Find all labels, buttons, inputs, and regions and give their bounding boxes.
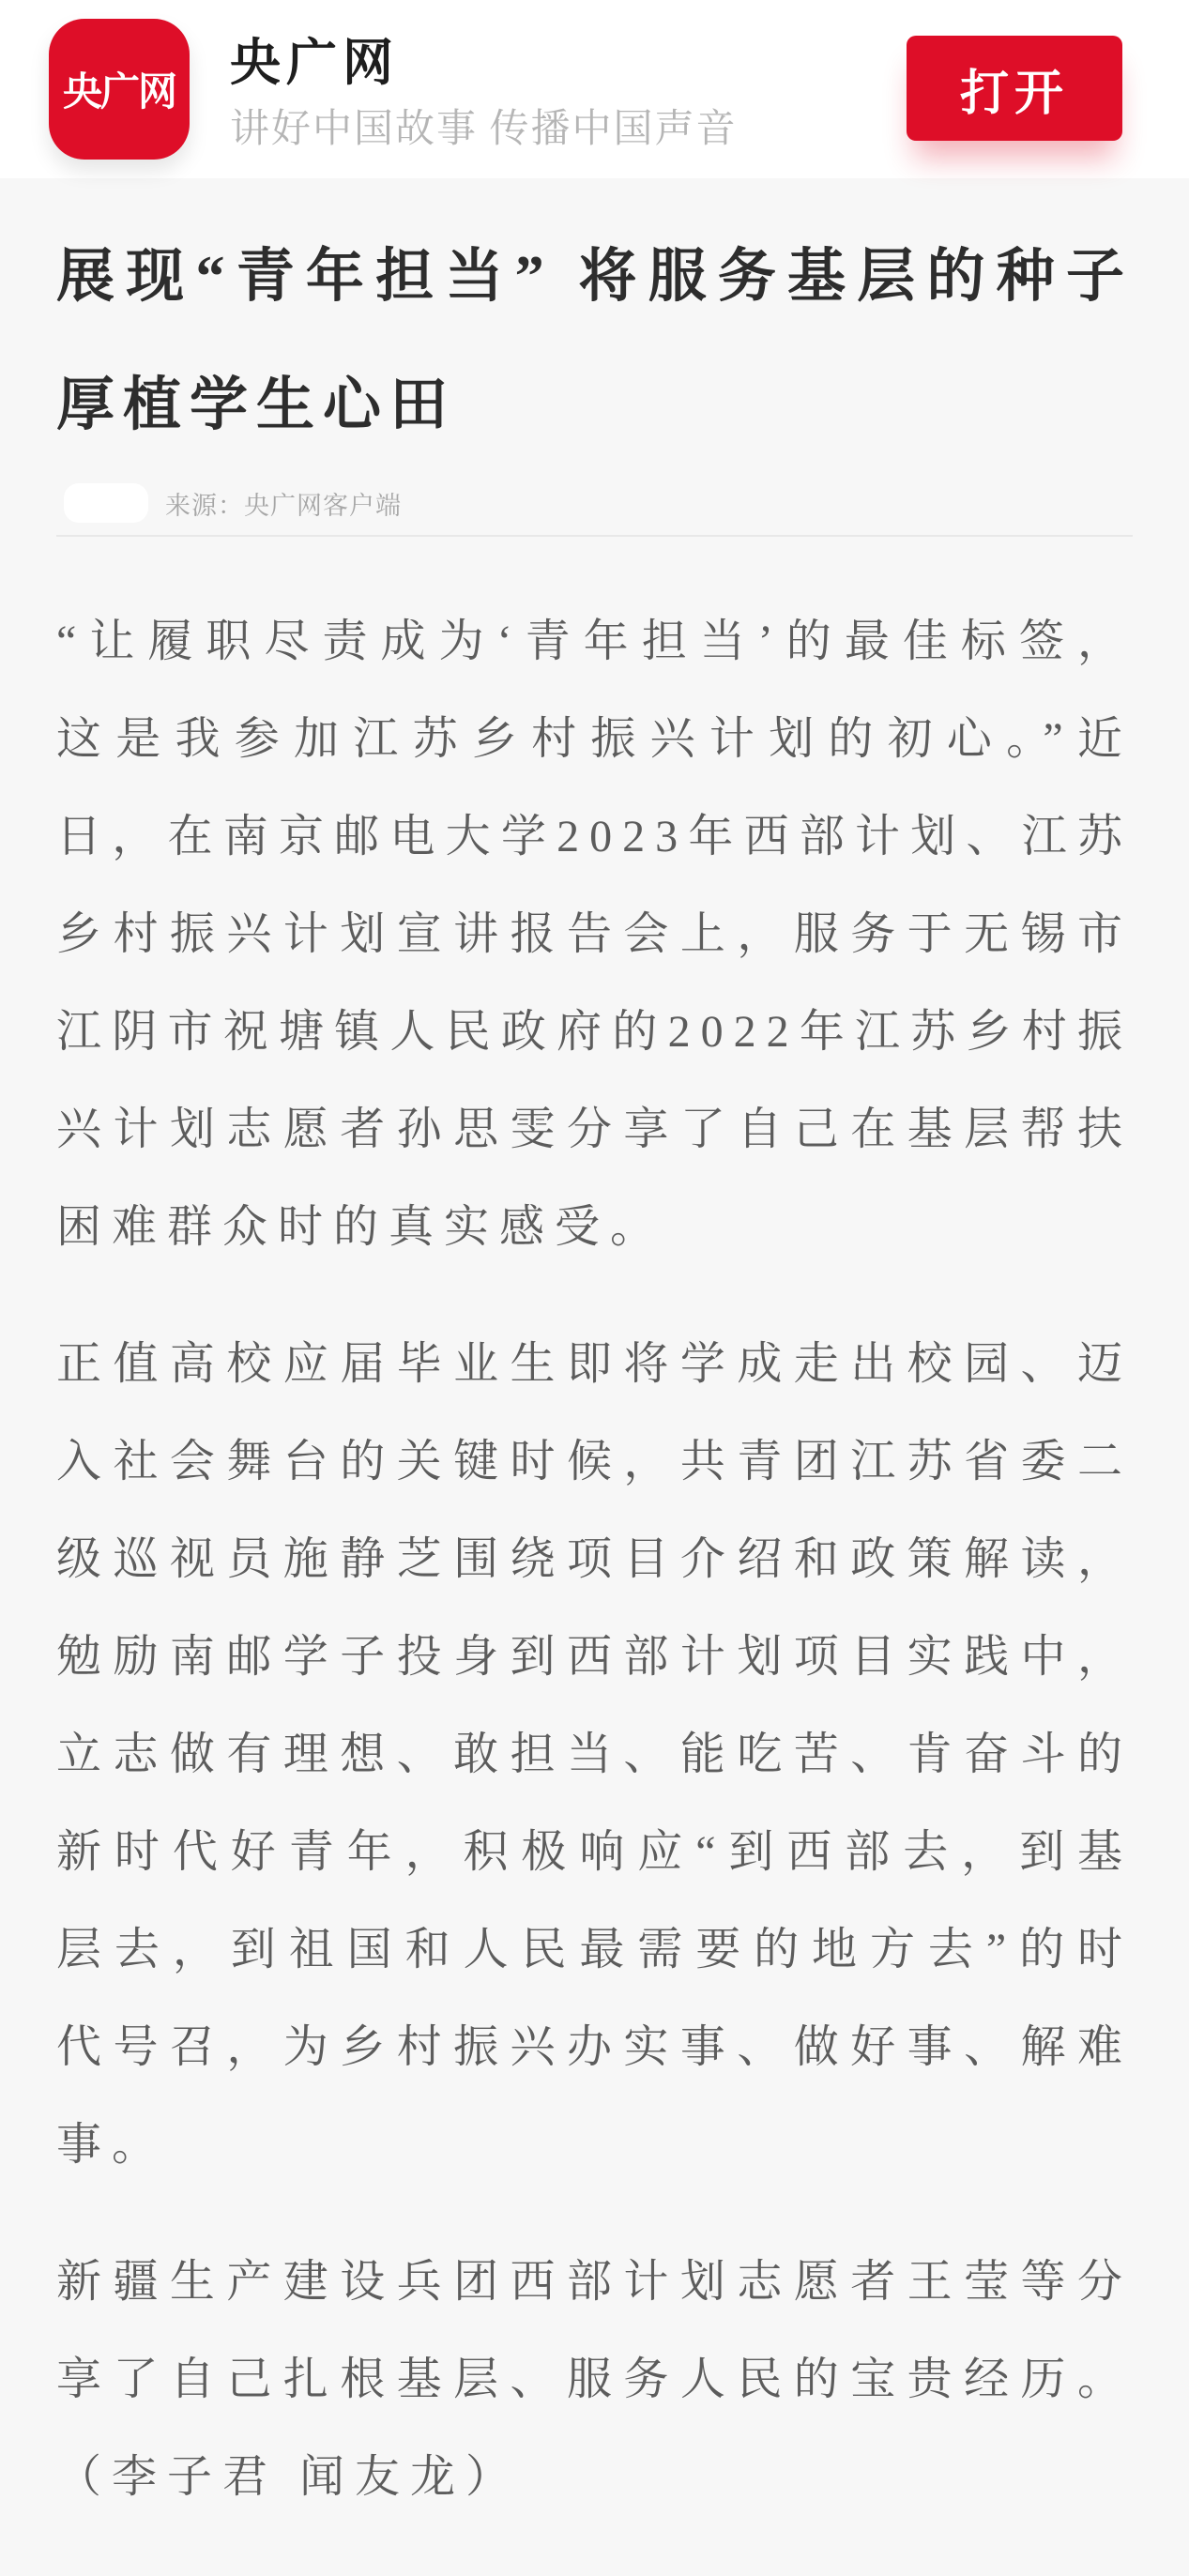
paragraph: “让履职尽责成为‘青年担当’的最佳标签，这是我参加江苏乡村振兴计划的初心。”近日… bbox=[56, 593, 1133, 1276]
page: 央广网 央广网 讲好中国故事 传播中国声音 打开 展现“青年担当” 将服务基层的… bbox=[0, 0, 1189, 2576]
article: 展现“青年担当” 将服务基层的种子厚植学生心田 来源：央广网客户端 “让履职尽责… bbox=[0, 178, 1189, 2576]
article-meta: 来源：央广网客户端 bbox=[56, 482, 1133, 524]
divider bbox=[56, 535, 1133, 537]
article-body: “让履职尽责成为‘青年担当’的最佳标签，这是我参加江苏乡村振兴计划的初心。”近日… bbox=[56, 593, 1133, 2526]
paragraph: 新疆生产建设兵团西部计划志愿者王莹等分享了自己扎根基层、服务人民的宝贵经历。（李… bbox=[56, 2233, 1133, 2526]
app-tagline: 讲好中国故事 传播中国声音 bbox=[230, 98, 738, 154]
paragraph: 正值高校应届毕业生即将学成走出校园、迈入社会舞台的关键时候，共青团江苏省委二级巡… bbox=[56, 1316, 1133, 2194]
app-name: 央广网 bbox=[230, 23, 399, 95]
cnr-app-icon: 央广网 bbox=[49, 19, 190, 160]
app-banner: 央广网 央广网 讲好中国故事 传播中国声音 打开 bbox=[0, 0, 1189, 178]
open-app-button[interactable]: 打开 bbox=[907, 36, 1122, 141]
cnr-app-icon-label: 央广网 bbox=[63, 61, 175, 117]
redacted-date-patch bbox=[64, 483, 148, 523]
article-title: 展现“青年担当” 将服务基层的种子厚植学生心田 bbox=[56, 213, 1133, 470]
article-source: 来源：央广网客户端 bbox=[165, 485, 402, 522]
